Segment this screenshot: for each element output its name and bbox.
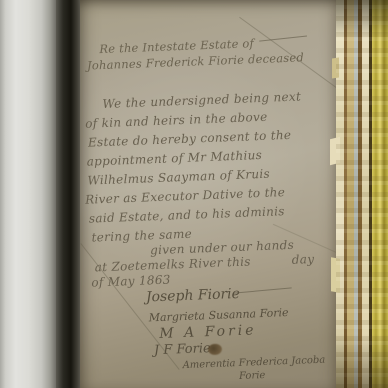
signature: Margrieta Susanna Forie: [149, 306, 289, 324]
signature: Forie: [239, 370, 266, 382]
underline-flourish: [234, 287, 292, 293]
body-line: Estate do hereby consent to the: [88, 128, 292, 150]
signature: M A Forie: [159, 322, 257, 342]
body-line: We the undersigned being next: [102, 89, 301, 111]
bound-volume-photo: Re the Intestate Estate of Johannes Fred…: [0, 0, 388, 388]
underline-flourish: [259, 35, 307, 41]
body-line: of May 1863: [91, 273, 171, 290]
frayed-page-edges: [336, 0, 388, 388]
body-line: said Estate, and to his adminis: [89, 204, 285, 226]
facing-page-edge: [0, 0, 56, 388]
body-line: Wilhelmus Saayman of Kruis: [87, 167, 270, 188]
signature: Joseph Fiorie: [146, 286, 241, 306]
body-line: of kin and heirs in the above: [85, 110, 268, 131]
signature: J F Forie: [154, 341, 211, 358]
signature: Amerentia Frederica Jacoba: [182, 355, 325, 371]
body-line: at Zoetemelks River this day: [95, 252, 315, 274]
binding-gutter-shadow: [56, 0, 80, 388]
ink-blot: [208, 344, 222, 356]
document-page: Re the Intestate Estate of Johannes Fred…: [80, 0, 336, 388]
body-line: River as Executor Dative to the: [85, 185, 285, 207]
fray-shadow: [336, 0, 388, 388]
body-line: appointment of Mr Mathius: [86, 148, 262, 169]
handwriting-layer: Re the Intestate Estate of Johannes Fred…: [80, 0, 336, 388]
